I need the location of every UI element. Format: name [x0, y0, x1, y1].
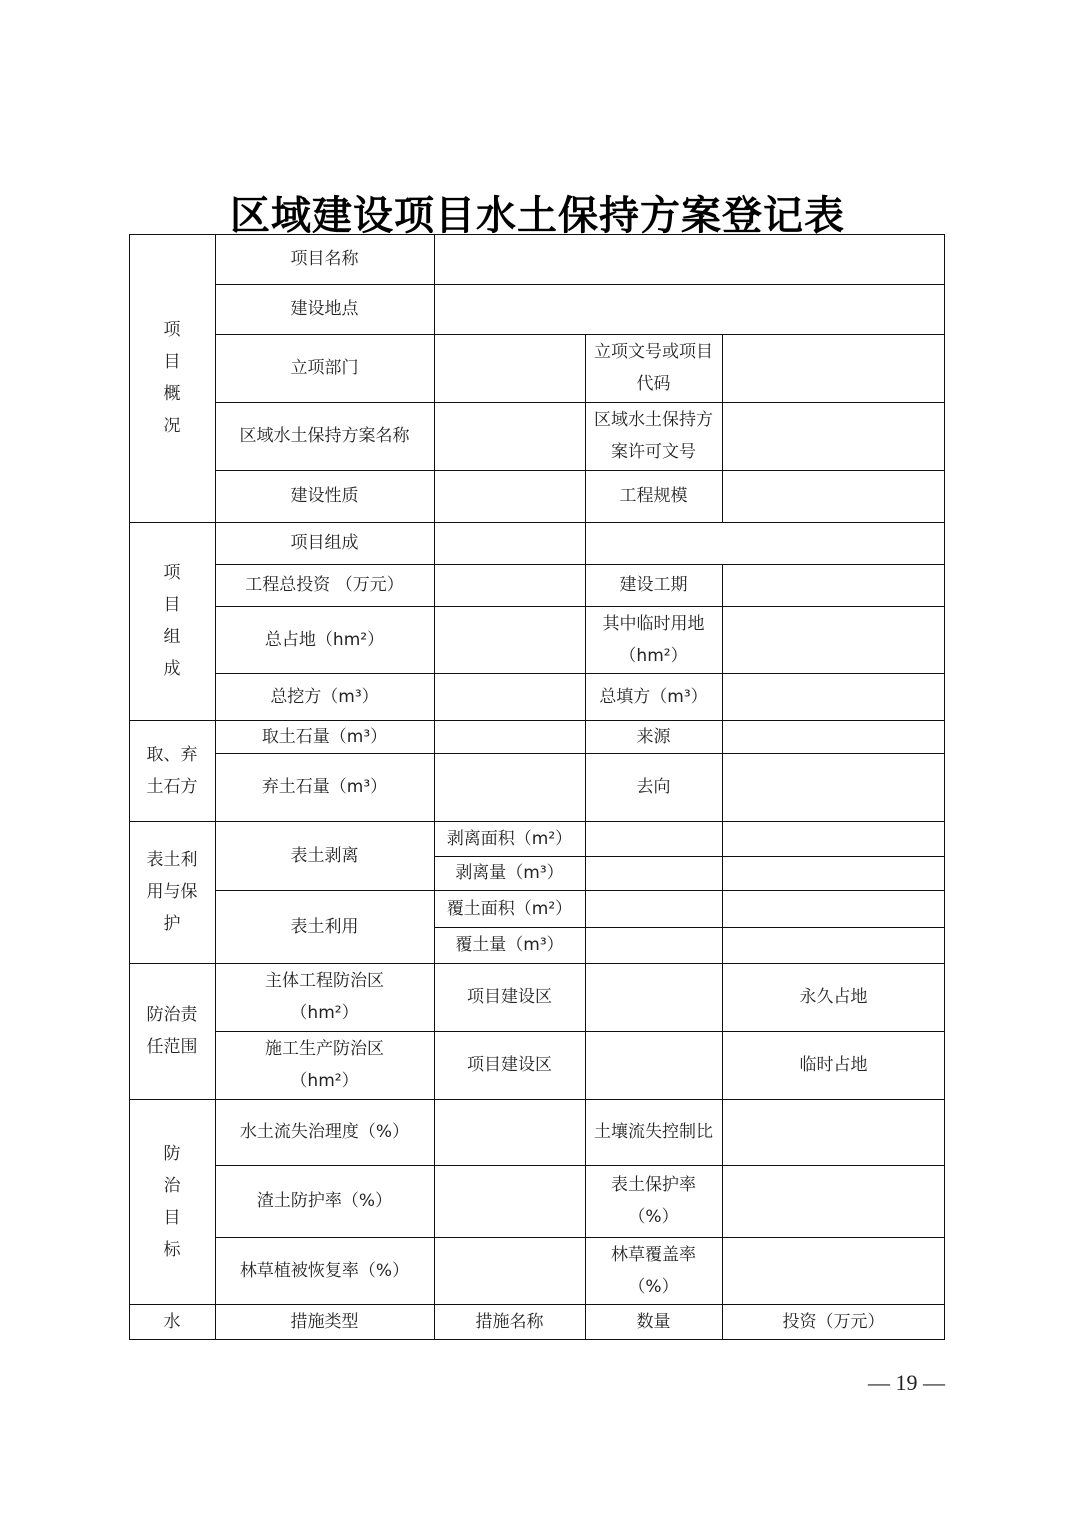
- field-value-cover-volume[interactable]: [585, 927, 945, 963]
- field-value-duration[interactable]: [722, 564, 945, 606]
- field-label: 覆土量（m³）: [434, 927, 585, 963]
- field-value-strip-area[interactable]: [585, 821, 945, 856]
- field-value-plan-name[interactable]: [434, 402, 585, 470]
- page-number: — 19 —: [845, 1370, 945, 1396]
- document-title: 区域建设项目水土保持方案登记表: [0, 184, 1075, 241]
- field-value-scale[interactable]: [722, 470, 945, 522]
- zone-label: 项目建设区: [434, 1031, 585, 1099]
- field-label: 建设工期: [585, 564, 722, 606]
- field-label: 覆土面积（m²）: [434, 890, 585, 927]
- field-value-strip-volume[interactable]: [585, 856, 945, 890]
- field-value-vegetation-recovery[interactable]: [434, 1237, 585, 1304]
- group-label: 表土利用: [215, 890, 434, 963]
- field-label: 建设性质: [215, 470, 434, 522]
- column-header: 措施名称: [434, 1304, 585, 1340]
- field-value-permit-no[interactable]: [722, 402, 945, 470]
- field-value-spoil-protection[interactable]: [434, 1165, 585, 1237]
- land-type-label: 临时占地: [722, 1031, 945, 1099]
- column-header: 措施类型: [215, 1304, 434, 1340]
- field-value-spoil[interactable]: [434, 753, 585, 821]
- field-label: 项目名称: [215, 234, 434, 284]
- section-label-text: 项目概况: [163, 314, 182, 442]
- section-label-earthwork: 取、弃土石方: [129, 720, 215, 821]
- field-label: 区域水土保持方案许可文号: [585, 402, 722, 470]
- section-label-topsoil: 表土利用与保护: [129, 821, 215, 963]
- section-label-measures: 水: [129, 1304, 215, 1340]
- field-label: 其中临时用地（hm²）: [585, 606, 722, 673]
- field-value-nature[interactable]: [434, 470, 585, 522]
- field-value-dept[interactable]: [434, 334, 585, 402]
- field-label: 总填方（m³）: [585, 673, 722, 720]
- field-label: 总占地（hm²）: [215, 606, 434, 673]
- field-label: 渣土防护率（%）: [215, 1165, 434, 1237]
- field-label: 总挖方（m³）: [215, 673, 434, 720]
- field-value-control-degree[interactable]: [434, 1099, 585, 1165]
- field-label: 林草植被恢复率（%）: [215, 1237, 434, 1304]
- field-label: 工程总投资 （万元）: [215, 564, 434, 606]
- field-value-temp-land[interactable]: [722, 606, 945, 673]
- field-value-source[interactable]: [722, 720, 945, 753]
- field-label: 表土保护率（%）: [585, 1165, 722, 1237]
- field-value-topsoil-protection[interactable]: [722, 1165, 945, 1237]
- land-type-label: 永久占地: [722, 963, 945, 1031]
- field-value-fill[interactable]: [722, 673, 945, 720]
- field-value-excavation[interactable]: [434, 673, 585, 720]
- field-value-vegetation-coverage[interactable]: [722, 1237, 945, 1304]
- field-value-main-area[interactable]: [585, 963, 722, 1031]
- field-value-project-name[interactable]: [434, 234, 945, 284]
- section-label-text: 防治目标: [163, 1138, 182, 1266]
- field-label: 弃土石量（m³）: [215, 753, 434, 821]
- field-value-investment[interactable]: [434, 564, 585, 606]
- field-label: 区域水土保持方案名称: [215, 402, 434, 470]
- field-label: 水土流失治理度（%）: [215, 1099, 434, 1165]
- field-value-loss-ratio[interactable]: [722, 1099, 945, 1165]
- field-label: 主体工程防治区（hm²）: [215, 963, 434, 1031]
- field-value-composition[interactable]: [434, 522, 945, 564]
- group-label: 表土剥离: [215, 821, 434, 890]
- field-label: 剥离量（m³）: [434, 856, 585, 890]
- field-label: 立项文号或项目代码: [585, 334, 722, 402]
- field-label: 施工生产防治区（hm²）: [215, 1031, 434, 1099]
- column-header: 数量: [585, 1304, 722, 1340]
- section-label-composition: 项目组成: [129, 522, 215, 720]
- field-label: 剥离面积（m²）: [434, 821, 585, 856]
- section-label-targets: 防治目标: [129, 1099, 215, 1304]
- field-value-construction-area[interactable]: [585, 1031, 722, 1099]
- field-value-borrow[interactable]: [434, 720, 585, 753]
- field-label: 去向: [585, 753, 722, 821]
- field-value-total-area[interactable]: [434, 606, 585, 673]
- field-label: 土壤流失控制比: [585, 1099, 722, 1165]
- field-label: 项目组成: [215, 522, 434, 564]
- section-label-overview: 项目概况: [129, 234, 215, 522]
- field-value-doc-no[interactable]: [722, 334, 945, 402]
- zone-label: 项目建设区: [434, 963, 585, 1031]
- section-label-text: 项目组成: [163, 557, 182, 685]
- field-value-location[interactable]: [434, 284, 945, 334]
- field-value-destination[interactable]: [722, 753, 945, 821]
- field-label: 来源: [585, 720, 722, 753]
- field-label: 林草覆盖率（%）: [585, 1237, 722, 1304]
- field-label: 立项部门: [215, 334, 434, 402]
- column-header: 投资（万元）: [722, 1304, 945, 1340]
- field-value-cover-area[interactable]: [585, 890, 945, 927]
- section-label-responsibility: 防治责任范围: [129, 963, 215, 1099]
- field-label: 取土石量（m³）: [215, 720, 434, 753]
- field-label: 工程规模: [585, 470, 722, 522]
- field-label: 建设地点: [215, 284, 434, 334]
